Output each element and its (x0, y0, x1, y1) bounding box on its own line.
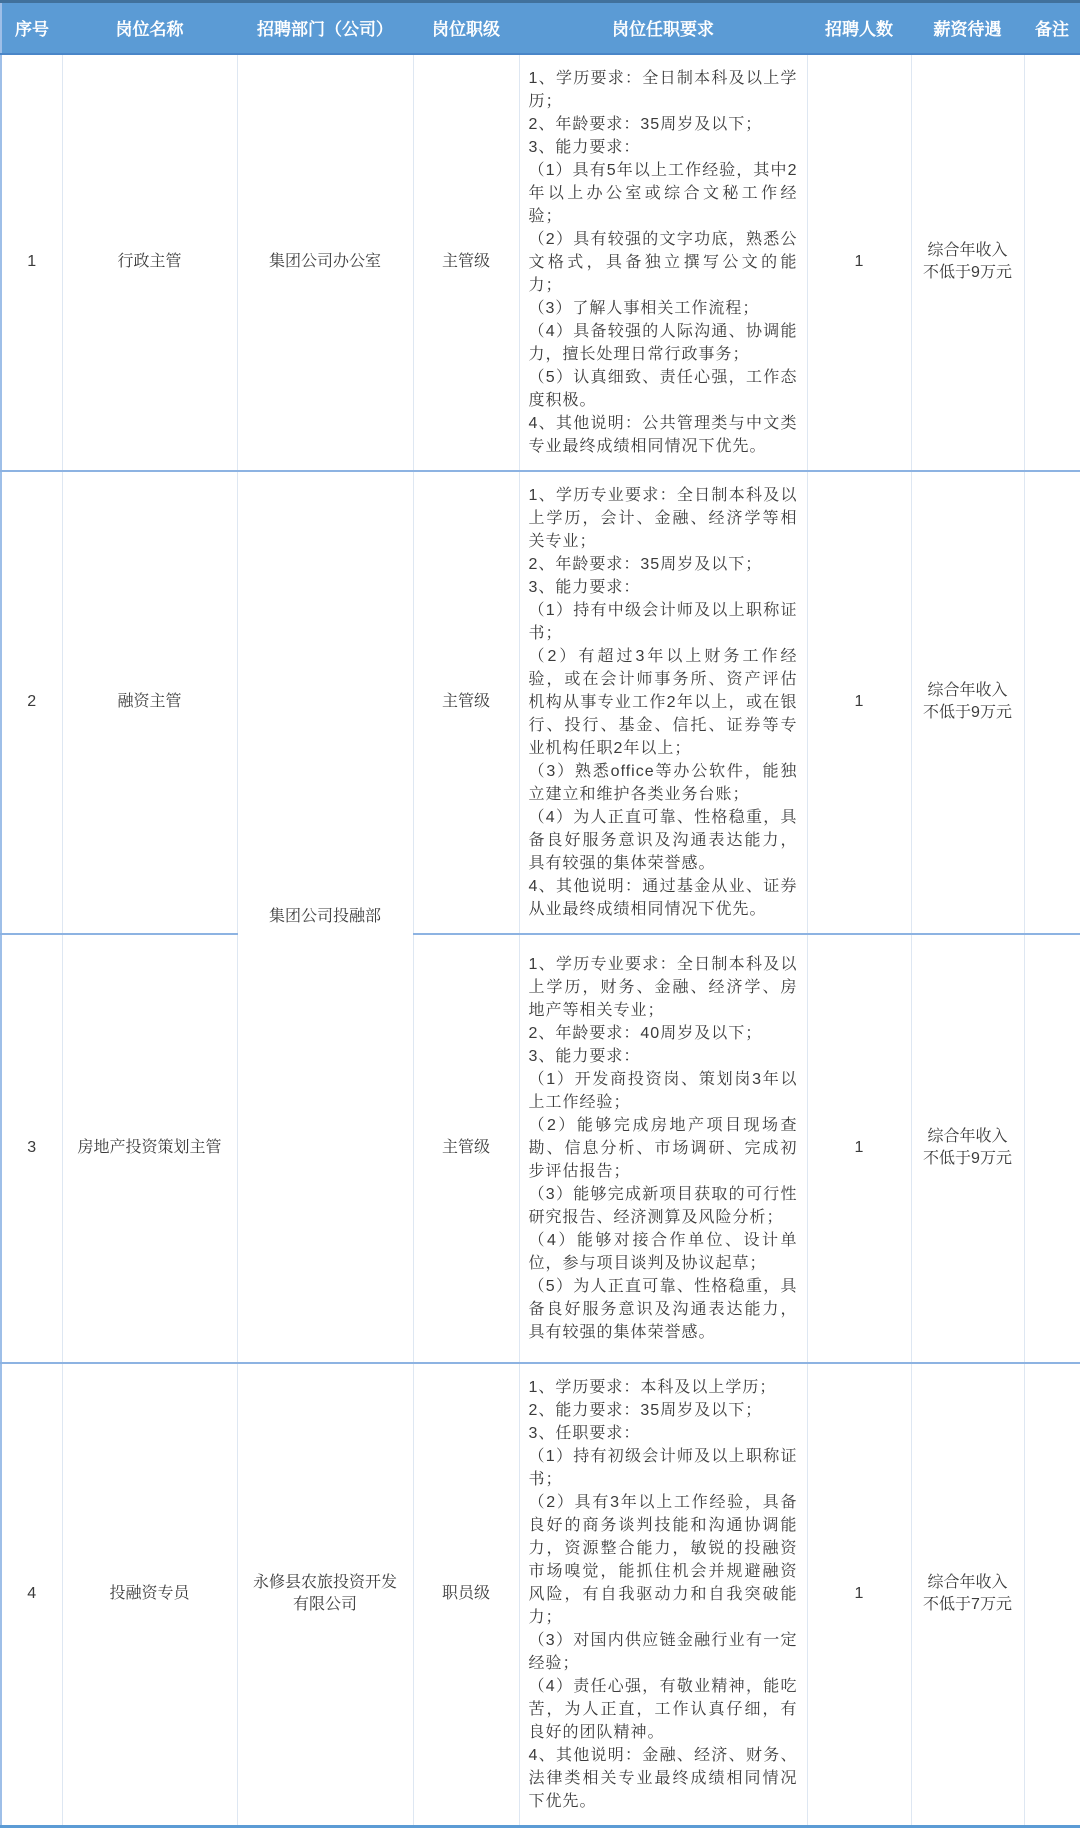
header-headcount: 招聘人数 (807, 2, 911, 54)
header-requirements: 岗位任职要求 (519, 2, 807, 54)
cell-requirements: 1、学历要求：全日制本科及以上学历； 2、年龄要求：35周岁及以下； 3、能力要… (519, 54, 807, 471)
cell-requirements: 1、学历专业要求：全日制本科及以上学历，会计、金融、经济学等相关专业； 2、年龄… (519, 471, 807, 934)
cell-requirements: 1、学历要求：本科及以上学历； 2、能力要求：35周岁及以下； 3、任职要求： … (519, 1363, 807, 1827)
cell-serial: 4 (1, 1363, 62, 1827)
cell-salary: 综合年收入 不低于9万元 (911, 934, 1024, 1363)
cell-headcount: 1 (807, 54, 911, 471)
cell-headcount: 1 (807, 1363, 911, 1827)
cell-serial: 1 (1, 54, 62, 471)
header-row: 序号 岗位名称 招聘部门（公司） 岗位职级 岗位任职要求 招聘人数 薪资待遇 备… (1, 2, 1080, 54)
cell-position: 投融资专员 (62, 1363, 237, 1827)
cell-department-merged: 集团公司投融部 (237, 471, 413, 1363)
header-level: 岗位职级 (413, 2, 519, 54)
cell-salary: 综合年收入 不低于9万元 (911, 54, 1024, 471)
table-row: 2 融资主管 集团公司投融部 主管级 1、学历专业要求：全日制本科及以上学历，会… (1, 471, 1080, 934)
cell-department: 集团公司办公室 (237, 54, 413, 471)
cell-serial: 2 (1, 471, 62, 934)
cell-remark (1024, 471, 1080, 934)
cell-position: 融资主管 (62, 471, 237, 934)
table-row: 4 投融资专员 永修县农旅投资开发 有限公司 职员级 1、学历要求：本科及以上学… (1, 1363, 1080, 1827)
header-salary: 薪资待遇 (911, 2, 1024, 54)
cell-position: 行政主管 (62, 54, 237, 471)
cell-salary: 综合年收入 不低于7万元 (911, 1363, 1024, 1827)
cell-requirements: 1、学历专业要求：全日制本科及以上学历，财务、金融、经济学、房地产等相关专业； … (519, 934, 807, 1363)
cell-level: 主管级 (413, 934, 519, 1363)
cell-department: 永修县农旅投资开发 有限公司 (237, 1363, 413, 1827)
header-department: 招聘部门（公司） (237, 2, 413, 54)
cell-level: 主管级 (413, 54, 519, 471)
table-header: 序号 岗位名称 招聘部门（公司） 岗位职级 岗位任职要求 招聘人数 薪资待遇 备… (1, 2, 1080, 54)
cell-headcount: 1 (807, 471, 911, 934)
table-body: 1 行政主管 集团公司办公室 主管级 1、学历要求：全日制本科及以上学历； 2、… (1, 54, 1080, 1827)
cell-salary: 综合年收入 不低于9万元 (911, 471, 1024, 934)
header-position: 岗位名称 (62, 2, 237, 54)
header-serial: 序号 (1, 2, 62, 54)
cell-remark (1024, 1363, 1080, 1827)
recruitment-page: 序号 岗位名称 招聘部门（公司） 岗位职级 岗位任职要求 招聘人数 薪资待遇 备… (0, 0, 1080, 1828)
recruitment-table: 序号 岗位名称 招聘部门（公司） 岗位职级 岗位任职要求 招聘人数 薪资待遇 备… (0, 0, 1080, 1828)
table-row: 3 房地产投资策划主管 主管级 1、学历专业要求：全日制本科及以上学历，财务、金… (1, 934, 1080, 1363)
cell-remark (1024, 54, 1080, 471)
cell-level: 主管级 (413, 471, 519, 934)
table-row: 1 行政主管 集团公司办公室 主管级 1、学历要求：全日制本科及以上学历； 2、… (1, 54, 1080, 471)
header-remark: 备注 (1024, 2, 1080, 54)
cell-position: 房地产投资策划主管 (62, 934, 237, 1363)
cell-serial: 3 (1, 934, 62, 1363)
cell-level: 职员级 (413, 1363, 519, 1827)
cell-headcount: 1 (807, 934, 911, 1363)
cell-remark (1024, 934, 1080, 1363)
